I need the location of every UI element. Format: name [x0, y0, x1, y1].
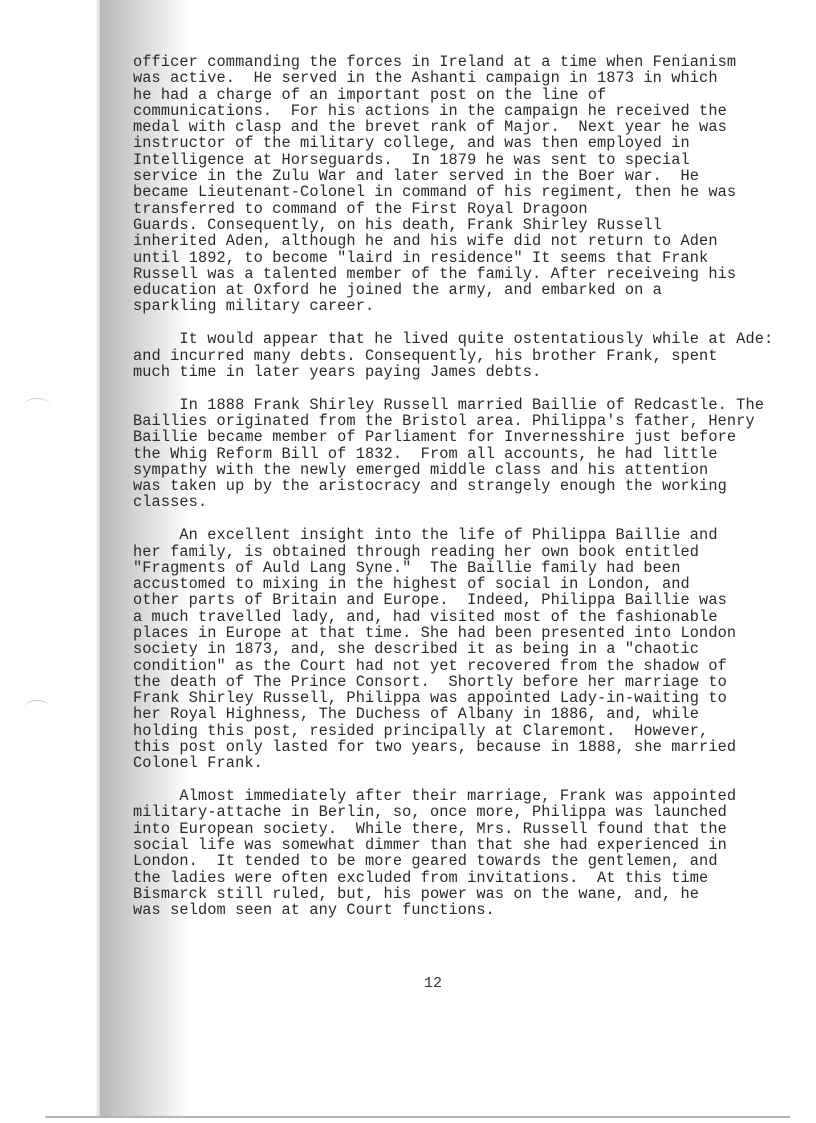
- page-number: 12: [0, 975, 816, 992]
- body-text: officer commanding the forces in Ireland…: [133, 54, 813, 935]
- text-line: service in the Zulu War and later served…: [133, 168, 813, 184]
- text-line: sparkling military career.: [133, 298, 813, 314]
- text-line: inherited Aden, although he and his wife…: [133, 233, 813, 249]
- text-line: he had a charge of an important post on …: [133, 87, 813, 103]
- text-line: the Whig Reform Bill of 1832. From all a…: [133, 446, 813, 462]
- punch-hole-mark: [24, 398, 50, 413]
- text-line: London. It tended to be more geared towa…: [133, 853, 813, 869]
- text-line: education at Oxford he joined the army, …: [133, 282, 813, 298]
- text-line: was active. He served in the Ashanti cam…: [133, 70, 813, 86]
- text-line: until 1892, to become "laird in residenc…: [133, 250, 813, 266]
- text-line: holding this post, resided principally a…: [133, 723, 813, 739]
- text-line: Colonel Frank.: [133, 755, 813, 771]
- text-line: In 1888 Frank Shirley Russell married Ba…: [133, 397, 813, 413]
- text-line: was taken up by the aristocracy and stra…: [133, 478, 813, 494]
- punch-hole-mark: [24, 700, 50, 715]
- text-line: An excellent insight into the life of Ph…: [133, 527, 813, 543]
- text-line: Baillie became member of Parliament for …: [133, 429, 813, 445]
- paragraph: In 1888 Frank Shirley Russell married Ba…: [133, 397, 813, 511]
- text-line: Frank Shirley Russell, Philippa was appo…: [133, 690, 813, 706]
- text-line: condition" as the Court had not yet reco…: [133, 658, 813, 674]
- text-line: her family, is obtained through reading …: [133, 544, 813, 560]
- text-line: a much travelled lady, and, had visited …: [133, 609, 813, 625]
- text-line: places in Europe at that time. She had b…: [133, 625, 813, 641]
- paragraph: An excellent insight into the life of Ph…: [133, 527, 813, 771]
- text-line: the death of The Prince Consort. Shortly…: [133, 674, 813, 690]
- text-line: society in 1873, and, she described it a…: [133, 641, 813, 657]
- text-line: communications. For his actions in the c…: [133, 103, 813, 119]
- text-line: much time in later years paying James de…: [133, 364, 813, 380]
- text-line: her Royal Highness, The Duchess of Alban…: [133, 706, 813, 722]
- text-line: accustomed to mixing in the highest of s…: [133, 576, 813, 592]
- scanned-page: officer commanding the forces in Ireland…: [0, 0, 816, 1123]
- text-line: instructor of the military college, and …: [133, 135, 813, 151]
- text-line: Bismarck still ruled, but, his power was…: [133, 886, 813, 902]
- text-line: Intelligence at Horseguards. In 1879 he …: [133, 152, 813, 168]
- text-line: officer commanding the forces in Ireland…: [133, 54, 813, 70]
- text-line: classes.: [133, 494, 813, 510]
- paragraph: officer commanding the forces in Ireland…: [133, 54, 813, 315]
- page-bottom-edge: [45, 1116, 790, 1118]
- paragraph: It would appear that he lived quite oste…: [133, 331, 813, 380]
- text-line: sympathy with the newly emerged middle c…: [133, 462, 813, 478]
- paragraph: Almost immediately after their marriage,…: [133, 788, 813, 918]
- text-line: into European society. While there, Mrs.…: [133, 821, 813, 837]
- text-line: It would appear that he lived quite oste…: [133, 331, 813, 347]
- text-line: "Fragments of Auld Lang Syne." The Baill…: [133, 560, 813, 576]
- text-line: Almost immediately after their marriage,…: [133, 788, 813, 804]
- text-line: Russell was a talented member of the fam…: [133, 266, 813, 282]
- text-line: the ladies were often excluded from invi…: [133, 870, 813, 886]
- text-line: military-attache in Berlin, so, once mor…: [133, 804, 813, 820]
- text-line: other parts of Britain and Europe. Indee…: [133, 592, 813, 608]
- text-line: was seldom seen at any Court functions.: [133, 902, 813, 918]
- text-line: social life was somewhat dimmer than tha…: [133, 837, 813, 853]
- text-line: medal with clasp and the brevet rank of …: [133, 119, 813, 135]
- text-line: transferred to command of the First Roya…: [133, 201, 813, 217]
- text-line: Guards. Consequently, on his death, Fran…: [133, 217, 813, 233]
- text-line: Baillies originated from the Bristol are…: [133, 413, 813, 429]
- text-line: and incurred many debts. Consequently, h…: [133, 348, 813, 364]
- text-line: became Lieutenant-Colonel in command of …: [133, 184, 813, 200]
- text-line: this post only lasted for two years, bec…: [133, 739, 813, 755]
